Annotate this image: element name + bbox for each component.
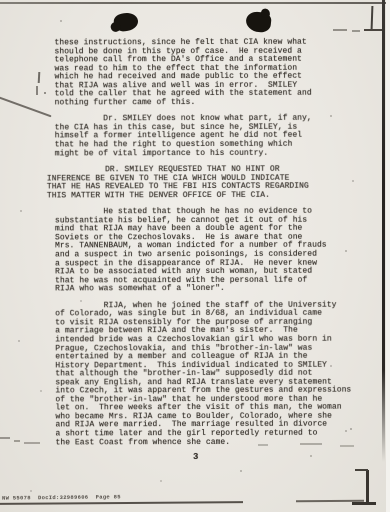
bottom-right-bracket-mark [366,470,369,504]
left-margin-tick-mark [36,86,38,95]
page-number: 3 [193,452,198,462]
ink-blot-icon [245,11,272,34]
handwritten-margin-line [0,96,52,117]
faint-underline-mark [340,445,354,447]
bottom-left-smudge-mark [0,437,10,439]
bottom-right-bracket-mark [355,469,368,471]
paragraph: He stated that though he has no evidence… [55,208,355,294]
scan-right-gutter [386,0,390,512]
top-right-dash-mark [333,29,347,31]
paragraph: RIJA, when he joined the staff of the Un… [55,301,355,447]
footer-underline [0,501,243,504]
faint-underline-mark [300,443,322,445]
faint-underline-mark [258,444,268,446]
archive-docid-footer: NW 55078 DocId:32989606 Page 85 [2,493,121,501]
scan-right-edge-line [382,0,385,462]
scanned-document-page: these instructions, since he felt that C… [0,0,390,512]
scan-noise-speckles [60,20,62,22]
memo-body-text: these instructions, since he felt that C… [54,39,355,456]
paragraph: these instructions, since he felt that C… [54,39,354,108]
paragraph-emphasis-caps: DR. SMILEY REQUESTED THAT NO HINT OR INF… [47,166,355,201]
ink-blot-icon [113,11,140,33]
bottom-left-smudge-mark [24,442,40,444]
left-margin-tick-mark [38,72,41,83]
top-right-pen-mark [371,6,374,29]
paragraph: Dr. SMILEY does not know what part, if a… [55,115,355,159]
left-margin-dot-mark [44,92,46,94]
top-right-dash-mark [352,30,360,32]
top-right-dash-mark [364,29,382,31]
bottom-left-smudge-mark [14,440,20,442]
bottom-right-bracket-mark [352,502,376,505]
scan-top-edge-line [0,2,390,4]
